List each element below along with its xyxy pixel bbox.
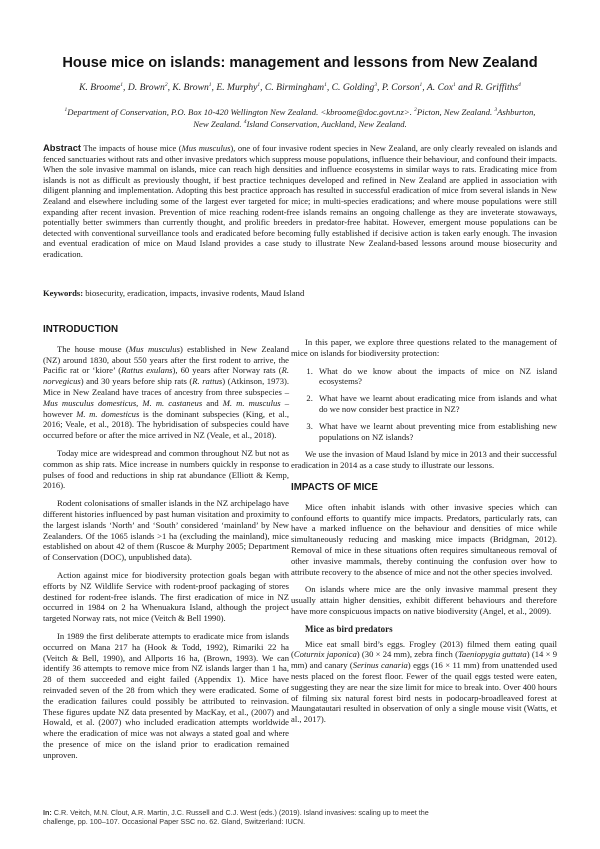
research-questions-list: What do we know about the impacts of mic… [291, 366, 557, 443]
paragraph: In 1989 the first deliberate attempts to… [43, 631, 289, 761]
keywords-label: Keywords: [43, 288, 83, 298]
author: E. Murphy1 [216, 82, 260, 93]
list-item: What have we learnt about eradicating mi… [315, 393, 557, 415]
citation-footer: In: C.R. Veitch, M.N. Clout, A.R. Martin… [43, 808, 443, 826]
paragraph: The house mouse (Mus musculus) establish… [43, 344, 289, 441]
paragraph: On islands where mice are the only invas… [291, 584, 557, 616]
paper-title: House mice on islands: management and le… [0, 55, 600, 71]
left-column: INTRODUCTION The house mouse (Mus muscul… [43, 325, 289, 767]
section-heading-impacts: IMPACTS OF MICE [291, 483, 557, 494]
paragraph: In this paper, we explore three question… [291, 337, 557, 359]
list-item: What do we know about the impacts of mic… [315, 366, 557, 388]
author: D. Brown2 [128, 82, 168, 93]
author: K. Broome1 [79, 82, 123, 93]
paragraph: Mice eat small bird’s eggs. Frogley (201… [291, 639, 557, 725]
paragraph: We use the invasion of Maud Island by mi… [291, 449, 557, 471]
paragraph: Today mice are widespread and common thr… [43, 448, 289, 491]
author: P. Corson1 [382, 82, 422, 93]
paragraph: Action against mice for biodiversity pro… [43, 570, 289, 624]
keywords: Keywords: biosecurity, eradication, impa… [43, 288, 557, 298]
author: K. Brown1 [172, 82, 211, 93]
abstract: Abstract The impacts of house mice (Mus … [43, 143, 557, 260]
author: A. Cox1 [427, 82, 456, 93]
abstract-label: Abstract [43, 142, 81, 153]
author: R. Griffiths4 [475, 82, 521, 93]
paragraph: Mice often inhabit islands with other in… [291, 502, 557, 578]
author-list: K. Broome1, D. Brown2, K. Brown1, E. Mur… [0, 82, 600, 93]
section-heading-introduction: INTRODUCTION [43, 325, 289, 336]
author: C. Golding3 [332, 82, 377, 93]
affiliations: 1Department of Conservation, P.O. Box 10… [60, 106, 540, 130]
list-item: What have we learnt about preventing mic… [315, 421, 557, 443]
subsection-heading: Mice as bird predators [305, 624, 557, 635]
author: C. Birmingham1 [265, 82, 327, 93]
paragraph: Rodent colonisations of smaller islands … [43, 498, 289, 563]
right-column: In this paper, we explore three question… [291, 325, 557, 732]
